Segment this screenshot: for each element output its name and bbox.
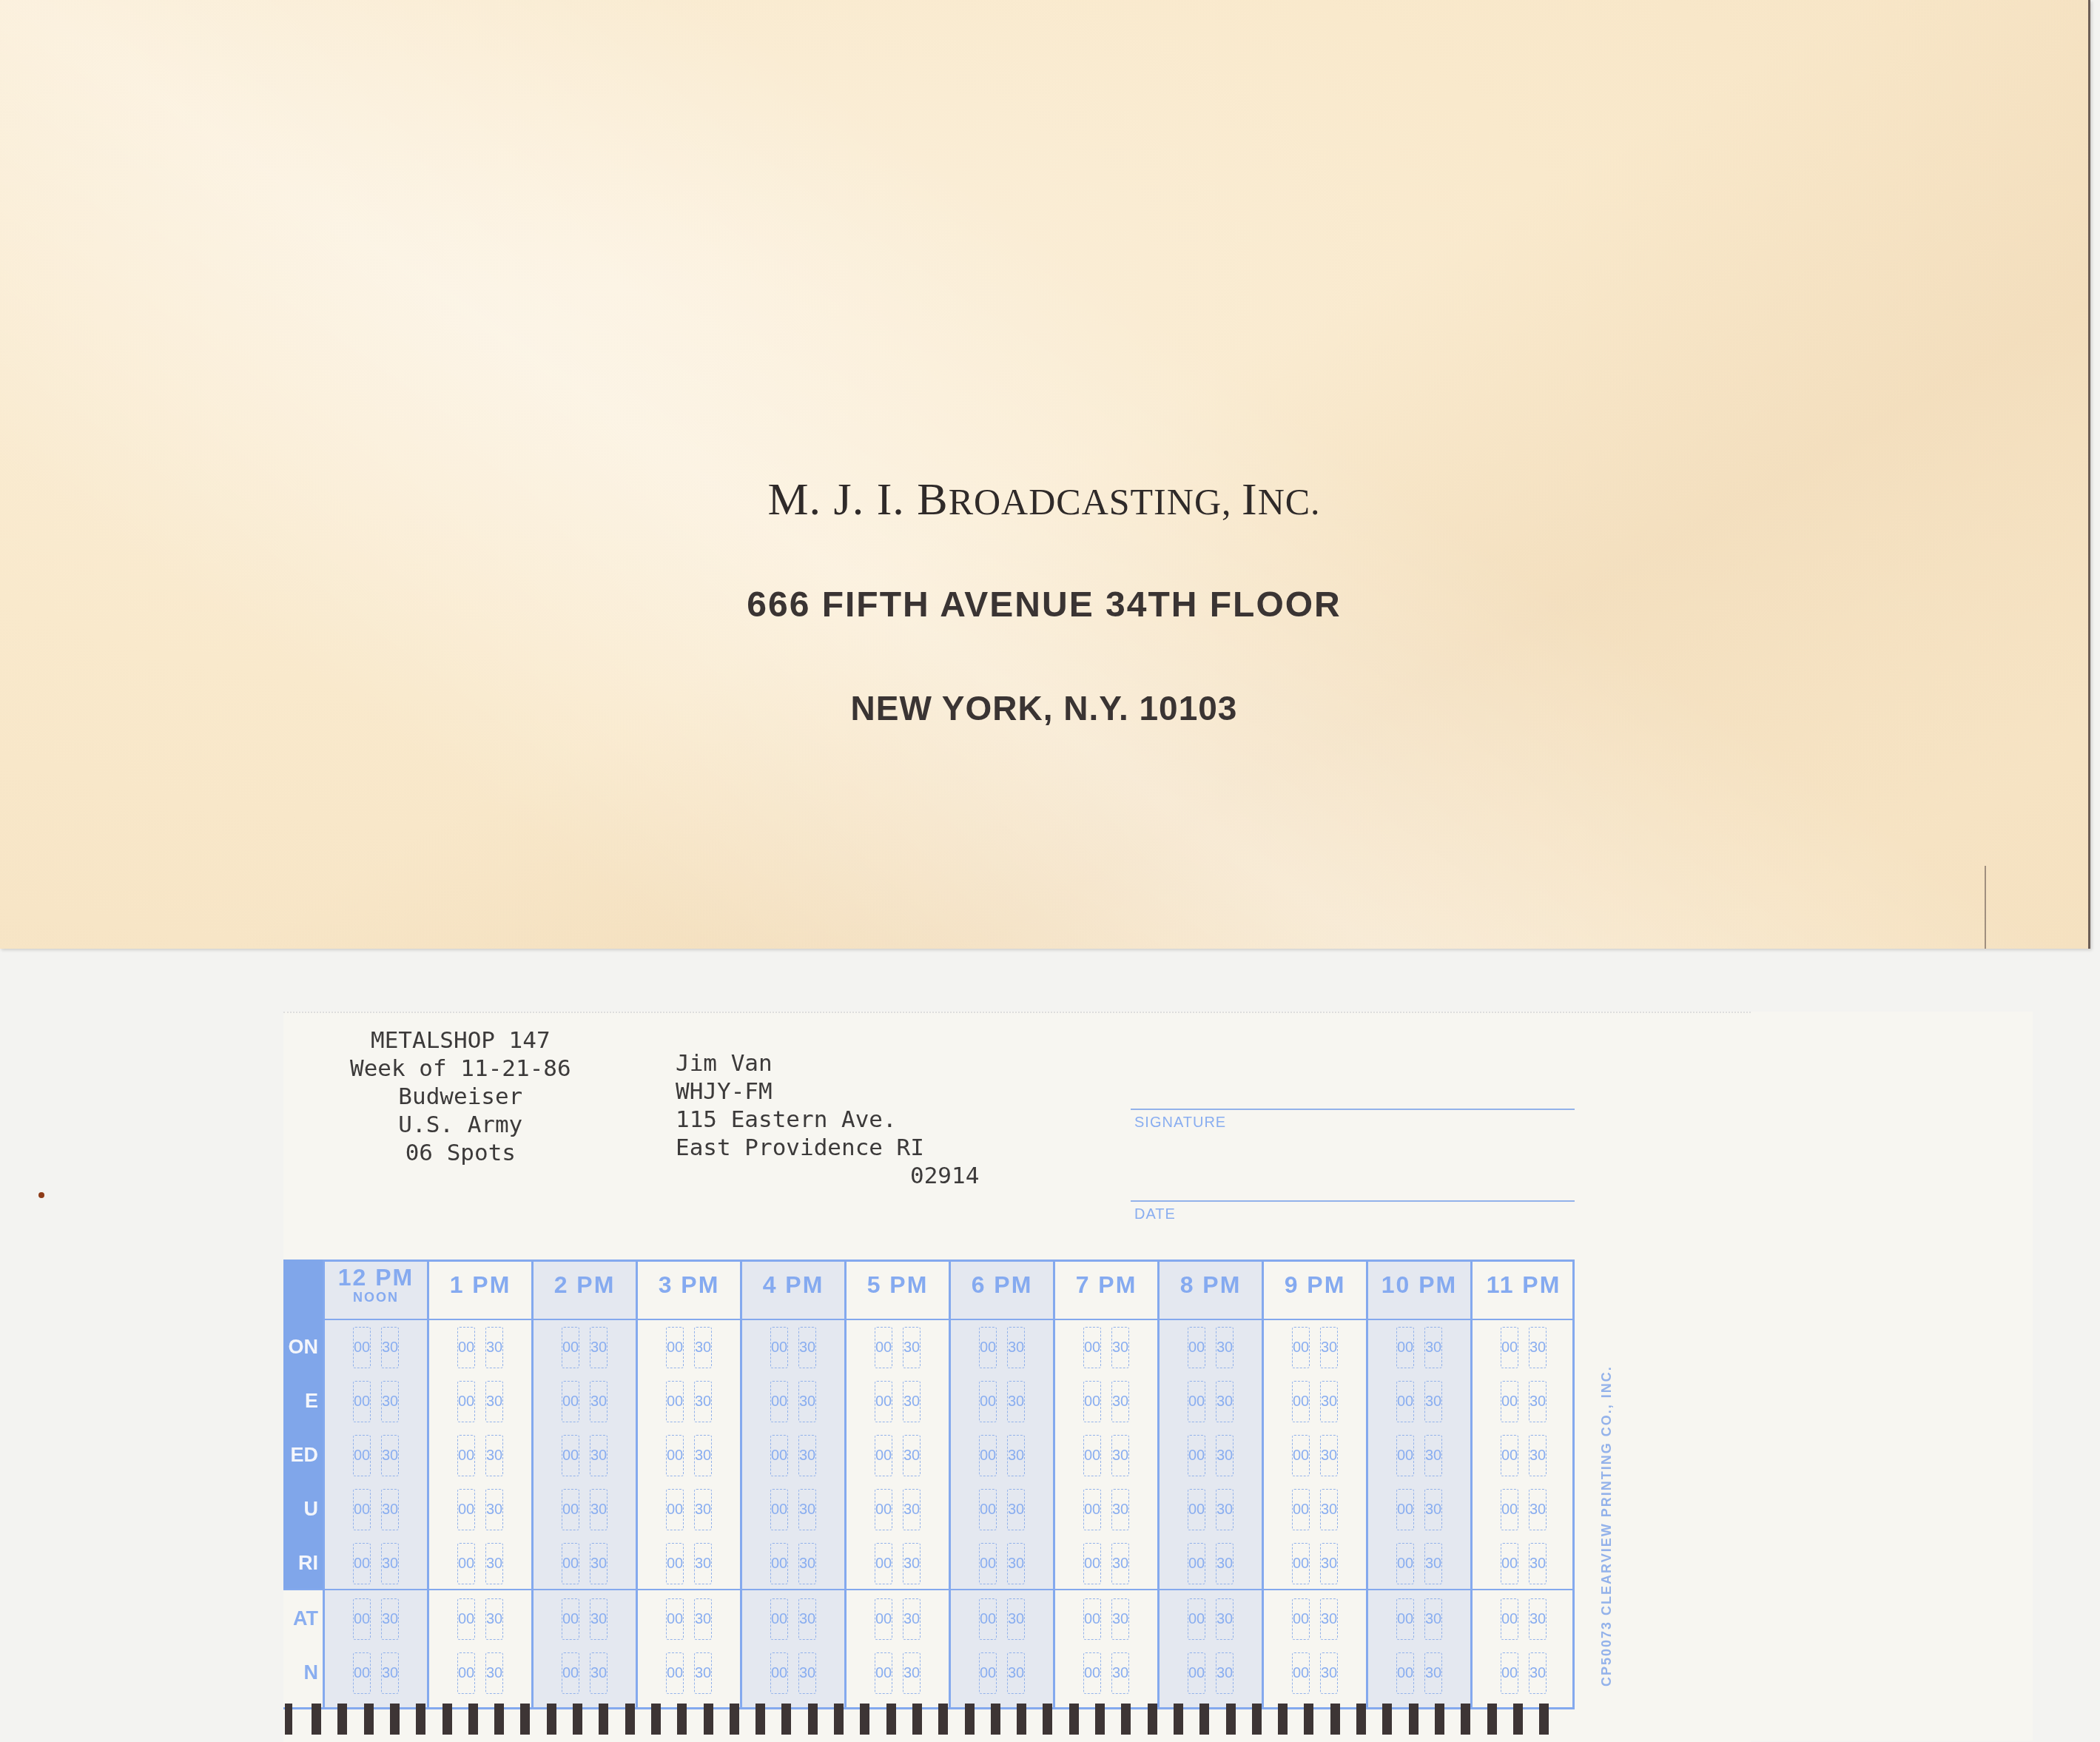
timing-mark [1539,1704,1549,1735]
affidavit-card: METALSHOP 147 Week of 11-21-86 Budweiser… [283,1012,1751,1742]
time-slot-bubble[interactable]: 30 [694,1598,712,1640]
timing-mark [1069,1704,1079,1735]
envelope: M. J. I. BROADCASTING, INC. 666 FIFTH AV… [0,0,2090,949]
time-slot-bubble[interactable]: 00 [1188,1598,1205,1640]
timing-mark [965,1704,975,1735]
time-slot-bubble[interactable]: 30 [1111,1652,1129,1694]
time-slot-bubble[interactable]: 30 [381,1543,399,1584]
time-slot-bubble[interactable]: 00 [1188,1652,1205,1694]
time-slot-bubble[interactable]: 00 [353,1543,371,1584]
hour-column: 7 PM0030003000300030003000300030 [1053,1260,1157,1707]
address-street: 666 FIFTH AVENUE 34TH FLOOR [0,585,2100,625]
time-slot-bubble[interactable]: 30 [381,1435,399,1476]
time-slot-bubble[interactable]: 00 [1083,1381,1101,1422]
time-slot-bubble[interactable]: 30 [1007,1652,1025,1694]
timing-mark [860,1704,869,1735]
time-slot-bubble[interactable]: 00 [770,1489,788,1530]
time-slot-bubble[interactable]: 00 [1292,1598,1310,1640]
time-slot-bubble[interactable]: 30 [1529,1543,1547,1584]
time-slot-bubble[interactable]: 00 [457,1381,475,1422]
time-slot-bubble[interactable]: 00 [1396,1543,1414,1584]
time-slot-bubble[interactable]: 30 [381,1652,399,1694]
time-slot-bubble[interactable]: 00 [875,1435,892,1476]
time-slot-bubble[interactable]: 00 [1396,1327,1414,1368]
hour-column: 9 PM0030003000300030003000300030 [1262,1260,1366,1707]
rust-spot [38,1192,44,1198]
hour-column: 1 PM0030003000300030003000300030 [427,1260,531,1707]
time-slot-bubble[interactable]: 30 [798,1652,816,1694]
time-slot-bubble[interactable]: 30 [1320,1652,1338,1694]
time-slot-bubble[interactable]: 00 [1083,1327,1101,1368]
time-slot-bubble[interactable]: 00 [1292,1327,1310,1368]
company-name: M. J. I. BROADCASTING, INC. [0,474,2100,526]
time-slot-bubble[interactable]: 00 [1083,1543,1101,1584]
time-slot-bubble[interactable]: 30 [694,1489,712,1530]
time-slot-bubble[interactable]: 00 [562,1435,579,1476]
time-slot-bubble[interactable]: 30 [798,1327,816,1368]
time-slot-bubble[interactable]: 00 [666,1489,684,1530]
time-slot-bubble[interactable]: 00 [770,1381,788,1422]
time-slot-bubble[interactable]: 00 [1501,1327,1518,1368]
day-label: ED [290,1444,318,1467]
time-slot-bubble[interactable]: 00 [875,1598,892,1640]
timing-mark [1017,1704,1026,1735]
time-slot-bubble[interactable]: 30 [485,1327,503,1368]
timing-mark [1330,1704,1340,1735]
time-slot-bubble[interactable]: 30 [381,1327,399,1368]
date-line[interactable] [1131,1200,1575,1202]
timing-mark [1043,1704,1052,1735]
time-slot-bubble[interactable]: 00 [770,1652,788,1694]
time-slot-bubble[interactable]: 30 [1424,1489,1442,1530]
time-slot-bubble[interactable]: 00 [770,1327,788,1368]
day-label: RI [298,1552,318,1575]
hour-column: 8 PM0030003000300030003000300030 [1157,1260,1262,1707]
time-slot-bubble[interactable]: 00 [457,1543,475,1584]
time-slot-bubble[interactable]: 00 [875,1652,892,1694]
time-slot-bubble[interactable]: 30 [1529,1598,1547,1640]
timing-mark [730,1704,739,1735]
time-slot-bubble[interactable]: 00 [562,1543,579,1584]
time-slot-bubble[interactable]: 30 [1216,1435,1234,1476]
timing-mark [1095,1704,1105,1735]
timing-mark [312,1704,321,1735]
time-slot-bubble[interactable]: 00 [979,1598,997,1640]
time-slot-bubble[interactable]: 30 [381,1489,399,1530]
time-slot-bubble[interactable]: 00 [1396,1598,1414,1640]
time-slot-bubble[interactable]: 00 [562,1489,579,1530]
time-slot-bubble[interactable]: 30 [1007,1598,1025,1640]
time-slot-bubble[interactable]: 00 [979,1543,997,1584]
timing-mark [390,1704,400,1735]
timing-mark [912,1704,922,1735]
time-slot-bubble[interactable]: 00 [1501,1381,1518,1422]
time-slot-bubble[interactable]: 30 [485,1435,503,1476]
time-slot-bubble[interactable]: 00 [353,1381,371,1422]
timing-mark [1382,1704,1392,1735]
time-slot-bubble[interactable]: 30 [590,1327,608,1368]
program-info: METALSHOP 147 Week of 11-21-86 Budweiser… [350,1026,571,1167]
envelope-tear [1985,866,1990,949]
signature-line[interactable] [1131,1109,1575,1110]
time-slot-bubble[interactable]: 00 [979,1381,997,1422]
time-slot-bubble[interactable]: 00 [1396,1381,1414,1422]
timing-mark [547,1704,556,1735]
weekday-band [283,1260,323,1589]
timing-mark [651,1704,661,1735]
time-slot-bubble[interactable]: 30 [1529,1381,1547,1422]
time-slot-bubble[interactable]: 00 [666,1327,684,1368]
time-slot-bubble[interactable]: 30 [798,1598,816,1640]
timing-mark [781,1704,791,1735]
timing-mark [1199,1704,1209,1735]
time-slot-bubble[interactable]: 00 [1292,1543,1310,1584]
time-slot-bubble[interactable]: 30 [1320,1381,1338,1422]
time-slot-bubble[interactable]: 30 [381,1598,399,1640]
hour-column: 6 PM0030003000300030003000300030 [949,1260,1053,1707]
time-slot-bubble[interactable]: 30 [485,1489,503,1530]
hour-column: 12 PMNOON0030003000300030003000300030 [323,1260,427,1707]
time-slot-bubble[interactable]: 30 [1424,1652,1442,1694]
time-slot-bubble[interactable]: 00 [457,1435,475,1476]
timing-mark [1148,1704,1157,1735]
timing-mark [1513,1704,1523,1735]
time-slot-bubble[interactable]: 00 [353,1489,371,1530]
time-slot-bubble[interactable]: 00 [1292,1381,1310,1422]
time-slot-bubble[interactable]: 00 [1292,1489,1310,1530]
hour-header: 6 PM [951,1260,1053,1320]
address-city: NEW YORK, N.Y. 10103 [0,688,2100,728]
time-slot-bubble[interactable]: 30 [485,1652,503,1694]
timing-mark [755,1704,765,1735]
hour-header: 12 PMNOON [325,1260,427,1320]
day-label: E [305,1390,318,1413]
timing-mark [1304,1704,1313,1735]
time-slot-bubble[interactable]: 00 [875,1327,892,1368]
timing-mark [1121,1704,1131,1735]
time-slot-bubble[interactable]: 30 [1320,1489,1338,1530]
hour-column: 10 PM0030003000300030003000300030 [1366,1260,1470,1707]
time-slot-bubble[interactable]: 00 [1501,1543,1518,1584]
day-label: U [304,1498,319,1521]
time-slot-bubble[interactable]: 00 [353,1652,371,1694]
time-slot-bubble[interactable]: 00 [1396,1652,1414,1694]
zip-code: 02914 [910,1162,979,1190]
time-slot-bubble[interactable]: 00 [1292,1652,1310,1694]
time-slot-bubble[interactable]: 30 [1216,1598,1234,1640]
time-slot-bubble[interactable]: 00 [1501,1489,1518,1530]
hour-header: 1 PM [429,1260,531,1320]
vendor-imprint: CP50073 CLEARVIEW PRINTING CO., INC. [1599,1686,1615,1686]
time-slot-bubble[interactable]: 30 [1424,1543,1442,1584]
time-slot-bubble[interactable]: 00 [770,1435,788,1476]
time-slot-bubble[interactable]: 30 [1111,1381,1129,1422]
timing-mark [808,1704,818,1735]
time-slot-bubble[interactable]: 00 [666,1598,684,1640]
time-slot-bubble[interactable]: 00 [666,1381,684,1422]
timing-mark [1174,1704,1183,1735]
time-slot-bubble[interactable]: 00 [1188,1327,1205,1368]
time-slot-bubble[interactable]: 30 [694,1652,712,1694]
time-slot-bubble[interactable]: 00 [1396,1435,1414,1476]
time-slot-bubble[interactable]: 30 [590,1435,608,1476]
hour-header: 2 PM [534,1260,636,1320]
time-slot-bubble[interactable]: 00 [875,1489,892,1530]
time-slot-bubble[interactable]: 30 [798,1543,816,1584]
time-slot-bubble[interactable]: 30 [1111,1543,1129,1584]
hour-column: 3 PM0030003000300030003000300030 [636,1260,740,1707]
hour-header: 7 PM [1055,1260,1157,1320]
timing-mark [1461,1704,1470,1735]
time-slot-bubble[interactable]: 30 [1007,1381,1025,1422]
hour-header: 8 PM [1160,1260,1262,1320]
timing-mark [442,1704,452,1735]
timing-mark [1487,1704,1497,1735]
time-slot-bubble[interactable]: 30 [694,1543,712,1584]
time-slot-bubble[interactable]: 30 [1529,1435,1547,1476]
time-slot-bubble[interactable]: 00 [1396,1489,1414,1530]
timing-mark [1278,1704,1288,1735]
time-slot-bubble[interactable]: 00 [1188,1381,1205,1422]
hour-header: 11 PM [1473,1260,1575,1320]
time-slot-bubble[interactable]: 30 [485,1543,503,1584]
time-slot-bubble[interactable]: 00 [1083,1652,1101,1694]
day-label: ON [289,1336,319,1359]
time-slot-bubble[interactable]: 30 [1424,1435,1442,1476]
hour-header: 9 PM [1264,1260,1366,1320]
time-slot-bubble[interactable]: 00 [1188,1543,1205,1584]
hour-column: 5 PM0030003000300030003000300030 [844,1260,949,1707]
time-slot-bubble[interactable]: 30 [1007,1489,1025,1530]
timing-mark [520,1704,530,1735]
time-slot-bubble[interactable]: 00 [353,1435,371,1476]
time-slot-bubble[interactable]: 30 [1320,1435,1338,1476]
recipient-address: Jim Van WHJY-FM 115 Eastern Ave. East Pr… [676,1049,924,1162]
time-slot-bubble[interactable]: 00 [457,1598,475,1640]
timing-mark [337,1704,347,1735]
timing-mark [1435,1704,1444,1735]
time-slot-bubble[interactable]: 00 [562,1598,579,1640]
timing-mark [886,1704,896,1735]
timing-mark [599,1704,608,1735]
time-slot-bubble[interactable]: 30 [1529,1327,1547,1368]
time-slot-bubble[interactable]: 00 [979,1435,997,1476]
time-slot-bubble[interactable]: 30 [1424,1381,1442,1422]
timing-mark [573,1704,582,1735]
time-slot-bubble[interactable]: 00 [1083,1435,1101,1476]
time-slot-bubble[interactable]: 00 [457,1327,475,1368]
time-slot-bubble[interactable]: 00 [562,1327,579,1368]
timing-marks [283,1704,1586,1741]
timing-mark [468,1704,478,1735]
time-slot-bubble[interactable]: 30 [1111,1435,1129,1476]
time-slot-bubble[interactable]: 00 [1188,1435,1205,1476]
time-slot-bubble[interactable]: 00 [353,1327,371,1368]
time-slot-bubble[interactable]: 00 [562,1652,579,1694]
date-label: DATE [1134,1206,1176,1223]
timing-mark [1409,1704,1418,1735]
time-slot-bubble[interactable]: 00 [457,1489,475,1530]
time-slot-bubble[interactable]: 30 [590,1543,608,1584]
timing-mark [416,1704,425,1735]
timing-mark [494,1704,504,1735]
time-slot-bubble[interactable]: 30 [1007,1327,1025,1368]
time-slot-bubble[interactable]: 30 [1216,1327,1234,1368]
time-slot-bubble[interactable]: 00 [979,1489,997,1530]
timing-mark [677,1704,687,1735]
time-slot-bubble[interactable]: 30 [903,1381,921,1422]
time-slot-bubble[interactable]: 30 [798,1381,816,1422]
time-slot-bubble[interactable]: 30 [485,1381,503,1422]
time-slot-bubble[interactable]: 00 [770,1543,788,1584]
day-label: N [304,1661,319,1684]
time-slot-bubble[interactable]: 30 [1216,1652,1234,1694]
time-slot-bubble[interactable]: 30 [590,1489,608,1530]
hour-column: 2 PM0030003000300030003000300030 [531,1260,636,1707]
day-column: ONEEDURIATN [283,1260,323,1707]
time-slot-bubble[interactable]: 30 [694,1435,712,1476]
timing-mark [1226,1704,1236,1735]
time-slot-bubble[interactable]: 30 [485,1598,503,1640]
time-slot-bubble[interactable]: 00 [875,1543,892,1584]
time-slot-bubble[interactable]: 30 [694,1327,712,1368]
time-slot-bubble[interactable]: 00 [457,1652,475,1694]
time-slot-bubble[interactable]: 30 [903,1327,921,1368]
time-slot-bubble[interactable]: 30 [1111,1327,1129,1368]
time-slot-bubble[interactable]: 00 [979,1327,997,1368]
hour-column: 11 PM0030003000300030003000300030 [1470,1260,1575,1707]
time-slot-bubble[interactable]: 30 [1320,1327,1338,1368]
time-slot-bubble[interactable]: 30 [1216,1543,1234,1584]
time-slot-bubble[interactable]: 30 [381,1381,399,1422]
time-slot-bubble[interactable]: 30 [903,1435,921,1476]
timing-mark [625,1704,635,1735]
time-slot-bubble[interactable]: 30 [903,1489,921,1530]
time-slot-bubble[interactable]: 30 [590,1598,608,1640]
time-slot-bubble[interactable]: 30 [1007,1543,1025,1584]
time-slot-bubble[interactable]: 00 [353,1598,371,1640]
time-slot-bubble[interactable]: 30 [1111,1489,1129,1530]
time-slot-bubble[interactable]: 30 [798,1435,816,1476]
time-slot-bubble[interactable]: 00 [1188,1489,1205,1530]
time-slot-bubble[interactable]: 30 [1424,1327,1442,1368]
time-slot-bubble[interactable]: 30 [903,1598,921,1640]
time-slot-bubble[interactable]: 30 [1529,1652,1547,1694]
hour-header: 10 PM [1368,1260,1470,1320]
hour-header: 3 PM [638,1260,740,1320]
time-slot-bubble[interactable]: 00 [770,1598,788,1640]
timing-mark [364,1704,374,1735]
hour-header: 5 PM [847,1260,949,1320]
time-slot-bubble[interactable]: 30 [903,1543,921,1584]
time-slot-bubble[interactable]: 30 [1216,1489,1234,1530]
time-slot-bubble[interactable]: 00 [1501,1435,1518,1476]
time-slot-bubble[interactable]: 00 [1083,1598,1101,1640]
time-slot-bubble[interactable]: 00 [666,1652,684,1694]
time-slot-bubble[interactable]: 00 [666,1543,684,1584]
time-slot-bubble[interactable]: 30 [1320,1543,1338,1584]
hour-column: 4 PM0030003000300030003000300030 [740,1260,844,1707]
time-slot-bubble[interactable]: 00 [666,1435,684,1476]
time-slot-bubble[interactable]: 00 [1292,1435,1310,1476]
time-slot-bubble[interactable]: 00 [1501,1598,1518,1640]
timing-mark [704,1704,713,1735]
timing-mark [834,1704,844,1735]
time-slot-bubble[interactable]: 30 [798,1489,816,1530]
day-label: AT [293,1607,318,1630]
time-slot-bubble[interactable]: 30 [590,1652,608,1694]
time-slot-bubble[interactable]: 00 [1501,1652,1518,1694]
time-slot-bubble[interactable]: 30 [1111,1598,1129,1640]
timing-mark [991,1704,1000,1735]
hour-header: 4 PM [742,1260,844,1320]
schedule-grid: ONEEDURIATN 12 PMNOON0030003000300030003… [283,1260,1575,1707]
time-slot-bubble[interactable]: 30 [1424,1598,1442,1640]
time-slot-bubble[interactable]: 30 [1007,1435,1025,1476]
timing-mark [1252,1704,1262,1735]
time-slot-bubble[interactable]: 30 [1320,1598,1338,1640]
signature-label: SIGNATURE [1134,1114,1226,1131]
time-slot-bubble[interactable]: 30 [1529,1489,1547,1530]
time-slot-bubble[interactable]: 30 [694,1381,712,1422]
time-slot-bubble[interactable]: 30 [903,1652,921,1694]
time-slot-bubble[interactable]: 00 [562,1381,579,1422]
time-slot-bubble[interactable]: 30 [1216,1381,1234,1422]
timing-mark [1356,1704,1366,1735]
time-slot-bubble[interactable]: 30 [590,1381,608,1422]
timing-mark [938,1704,948,1735]
time-slot-bubble[interactable]: 00 [875,1381,892,1422]
time-slot-bubble[interactable]: 00 [979,1652,997,1694]
time-slot-bubble[interactable]: 00 [1083,1489,1101,1530]
